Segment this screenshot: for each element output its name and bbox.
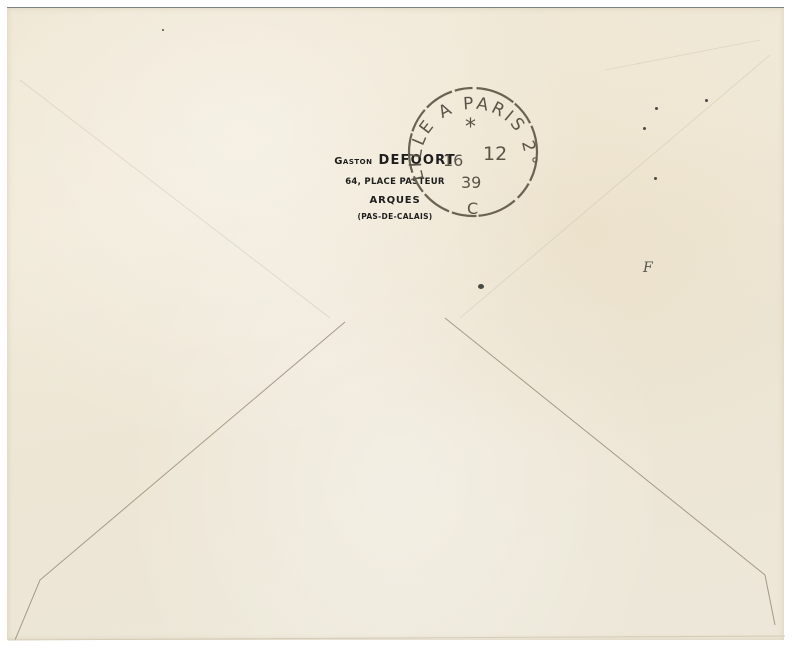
envelope-back [7, 7, 784, 640]
sender-last-name: DEFOORT [378, 153, 455, 168]
ink-speck [655, 107, 658, 110]
sender-region: (PAS-DE-CALAIS) [300, 209, 490, 224]
ink-speck [643, 127, 646, 130]
handwritten-mark: F [643, 260, 653, 276]
ink-speck [654, 177, 657, 180]
return-address: GastonDEFOORT 64, PLACE PASTEUR ARQUES (… [300, 152, 490, 224]
ink-speck [705, 99, 708, 102]
ink-speck [162, 29, 164, 31]
sender-city: ARQUES [300, 192, 490, 209]
sender-first-name: Gaston [334, 156, 372, 167]
sender-name: GastonDEFOORT [300, 152, 490, 170]
ink-speck [478, 284, 484, 289]
sender-street: 64, PLACE PASTEUR [300, 172, 490, 192]
